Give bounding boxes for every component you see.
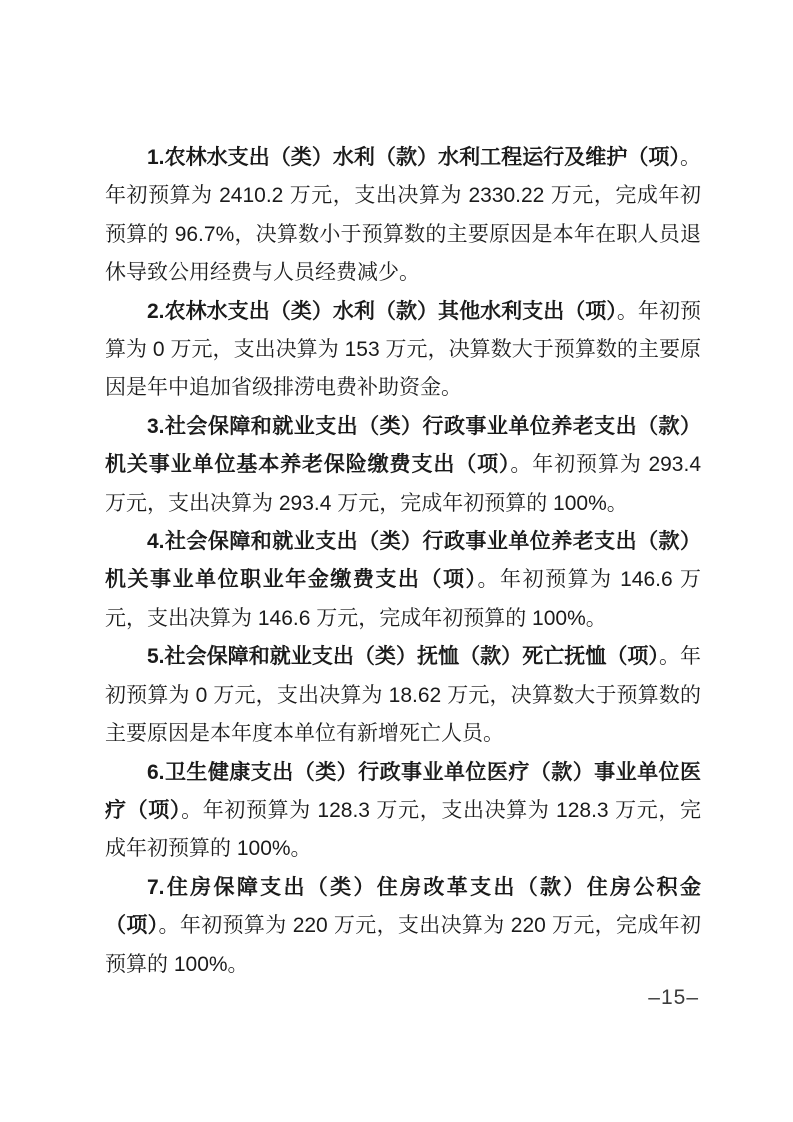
budget-item-paragraph: 3.社会保障和就业支出（类）行政事业单位养老支出（款）机关事业单位基本养老保险缴… (105, 408, 701, 523)
page-number: –15– (648, 986, 699, 1010)
budget-item-paragraph: 7.住房保障支出（类）住房改革支出（款）住房公积金（项）。年初预算为 220 万… (105, 869, 701, 984)
budget-item-title: 1.农林水支出（类）水利（款）水利工程运行及维护（项） (147, 146, 680, 169)
budget-item-paragraph: 2.农林水支出（类）水利（款）其他水利支出（项）。年初预算为 0 万元，支出决算… (105, 293, 701, 408)
budget-item-title: 5.社会保障和就业支出（类）抚恤（款）死亡抚恤（项） (147, 645, 659, 668)
budget-item-detail: 。年初预算为 220 万元，支出决算为 220 万元，完成年初预算的 100%。 (105, 914, 701, 975)
document-body: 1.农林水支出（类）水利（款）水利工程运行及维护（项）。年初预算为 2410.2… (105, 139, 701, 984)
document-page: 1.农林水支出（类）水利（款）水利工程运行及维护（项）。年初预算为 2410.2… (0, 0, 793, 1122)
budget-item-detail: 。年初预算为 128.3 万元，支出决算为 128.3 万元，完成年初预算的 1… (105, 799, 701, 860)
budget-item-paragraph: 6.卫生健康支出（类）行政事业单位医疗（款）事业单位医疗（项）。年初预算为 12… (105, 754, 701, 869)
budget-item-title: 2.农林水支出（类）水利（款）其他水利支出（项） (147, 300, 617, 323)
budget-item-paragraph: 4.社会保障和就业支出（类）行政事业单位养老支出（款）机关事业单位职业年金缴费支… (105, 523, 701, 638)
budget-item-paragraph: 5.社会保障和就业支出（类）抚恤（款）死亡抚恤（项）。年初预算为 0 万元，支出… (105, 638, 701, 753)
budget-item-paragraph: 1.农林水支出（类）水利（款）水利工程运行及维护（项）。年初预算为 2410.2… (105, 139, 701, 293)
